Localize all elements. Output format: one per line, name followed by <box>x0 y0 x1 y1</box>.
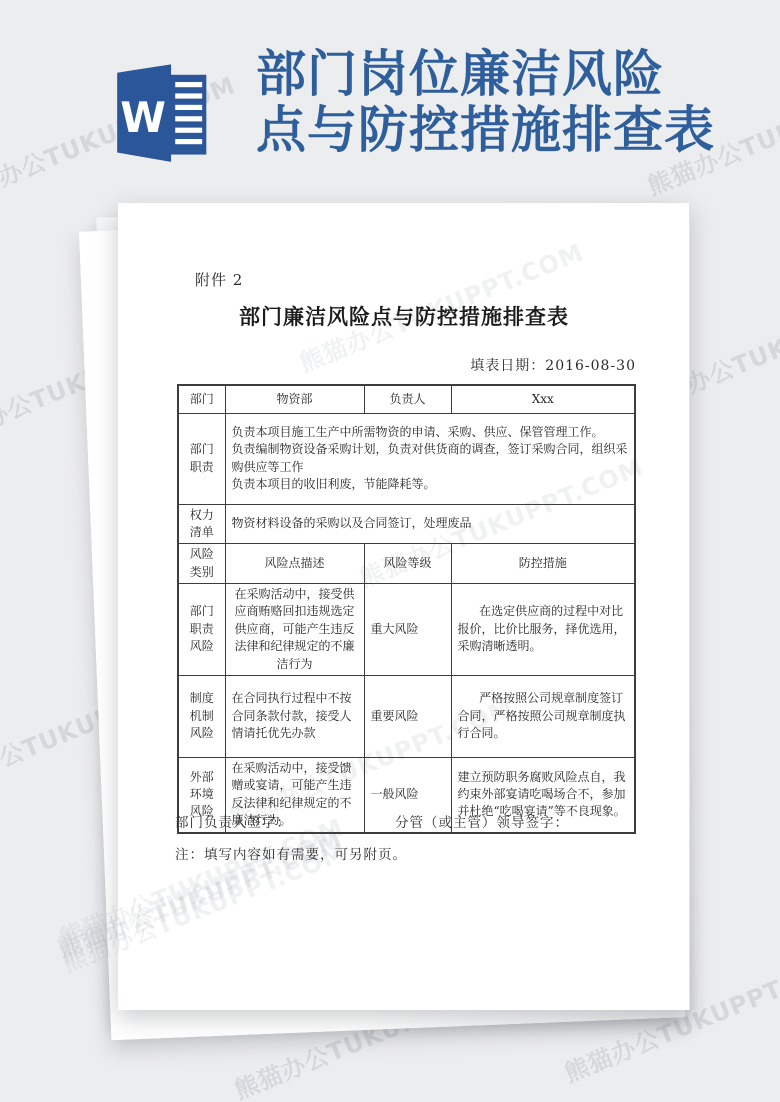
signature-supervisor: 分管（或主管）领导签字： <box>395 811 569 831</box>
word-icon-letter: W <box>120 94 166 142</box>
table-row: 权力 清单 物资材料设备的采购以及合同签订，处理废品 <box>178 504 635 544</box>
table-row: 部门 物资部 负责人 Xxx <box>178 385 635 413</box>
table-row-risk-1: 部门 职责 风险 在采购活动中，接受供应商贿赂回扣违规选定供应商，可能产生违反法… <box>178 584 635 676</box>
document-title: 部门廉洁风险点与防控措施排查表 <box>118 301 690 331</box>
cell-head-label: 负责人 <box>364 385 451 413</box>
fill-date: 填表日期：2016-08-30 <box>470 355 636 375</box>
risk1-measure: 在选定供应商的过程中对比报价，比价比服务，择优选用，采购清晰透明。 <box>451 584 635 676</box>
risk1-level: 重大风险 <box>364 584 451 676</box>
table-row-risk-2: 制度 机制 风险 在合同执行过程中不按合同条款付款，接受人情请托优先办款 重要风… <box>178 676 635 758</box>
cell-power-label: 权力 清单 <box>178 504 225 544</box>
footnote: 注：填写内容如有需要，可另附页。 <box>175 843 407 863</box>
cell-dept-label: 部门 <box>178 385 225 413</box>
risk2-label: 制度 机制 风险 <box>178 676 225 758</box>
cell-duty-label: 部门 职责 <box>178 413 225 504</box>
risk1-desc: 在采购活动中，接受供应商贿赂回扣违规选定供应商，可能产生违反法律和纪律规定的不廉… <box>225 584 364 676</box>
col-header-risk-level: 风险等级 <box>364 544 451 584</box>
risk1-label: 部门 职责 风险 <box>178 584 225 676</box>
risk2-level: 重要风险 <box>364 676 451 758</box>
document-page: 熊猫办公TUKUPPT.COM 熊猫办公TUKUPPT.COM 熊猫办公TUKU… <box>118 203 690 1010</box>
signature-department-head: 部门负责人签字： <box>175 811 291 831</box>
risk2-desc: 在合同执行过程中不按合同条款付款，接受人情请托优先办款 <box>225 676 364 758</box>
watermark: 熊猫办公TUKUPPT.COM <box>51 818 345 964</box>
cell-risk-category-label: 风险 类别 <box>178 544 225 584</box>
page: 熊猫办公TUKUPPT.COM 熊猫办公TUKUPPT.COM 熊猫办公TUKU… <box>0 0 780 1102</box>
cell-head-value: Xxx <box>451 385 635 413</box>
risk2-measure: 严格按照公司规章制度签订合同，严格按照公司规章制度执行合同。 <box>451 676 635 758</box>
col-header-measures: 防控措施 <box>451 544 635 584</box>
col-header-risk-desc: 风险点描述 <box>225 544 364 584</box>
table-row: 部门 职责 负责本项目施工生产中所需物资的申请、采购、供应、保管管理工作。 负责… <box>178 413 635 504</box>
risk-table: 部门 物资部 负责人 Xxx 部门 职责 负责本项目施工生产中所需物资的申请、采… <box>177 384 636 834</box>
cell-dept-value: 物资部 <box>225 385 364 413</box>
site-header-title: 部门岗位廉洁风险 点与防控措施排查表 <box>256 46 756 158</box>
table-header-row: 风险 类别 风险点描述 风险等级 防控措施 <box>178 544 635 584</box>
cell-duty-text: 负责本项目施工生产中所需物资的申请、采购、供应、保管管理工作。 负责编制物资设备… <box>225 413 635 504</box>
word-icon: W <box>112 58 226 162</box>
attachment-label: 附件 2 <box>195 269 243 290</box>
cell-power-text: 物资材料设备的采购以及合同签订，处理废品 <box>225 504 635 544</box>
